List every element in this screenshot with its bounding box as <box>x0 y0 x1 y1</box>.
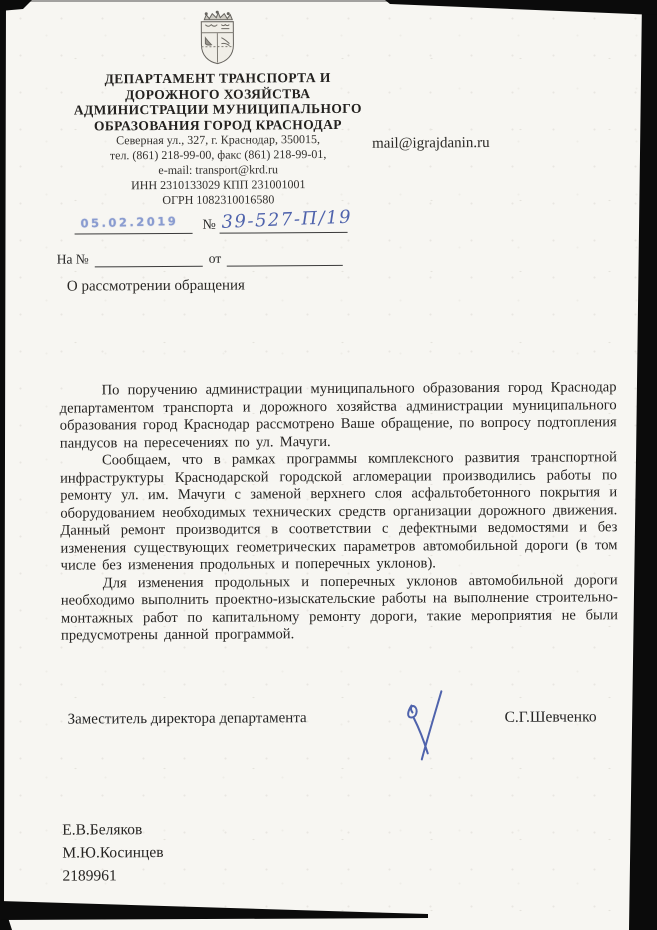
signer-name: С.Г.Шевченко <box>504 708 596 727</box>
scanned-letter-page: ДЕПАРТАМЕНТ ТРАНСПОРТА И ДОРОЖНОГО ХОЗЯЙ… <box>0 0 657 930</box>
executors-block: Е.В.Беляков М.Ю.Косинцев 2189961 <box>62 818 164 888</box>
coat-of-arms-icon <box>194 11 240 67</box>
signer-position-title: Заместитель директора департамента <box>68 710 307 728</box>
reply-date-blank <box>227 251 343 267</box>
executor-name: Е.В.Беляков <box>62 818 163 842</box>
body-paragraph: Для изменения продольных и поперечных ук… <box>61 572 618 645</box>
letter-content: ДЕПАРТАМЕНТ ТРАНСПОРТА И ДОРОЖНОГО ХОЗЯЙ… <box>0 0 657 930</box>
letter-body: По поручению администрации муниципальног… <box>59 379 618 645</box>
recipient-email: mail@igrajdanin.ru <box>372 135 490 153</box>
number-blank-line: 39-527-П/19 <box>220 217 348 234</box>
date-stamp: 05.02.2019 <box>80 214 178 230</box>
executor-phone: 2189961 <box>62 864 163 888</box>
body-paragraph: Сообщаем, что в рамках программы комплек… <box>60 449 618 575</box>
number-sign: № <box>202 218 215 233</box>
org-name-line: ОБРАЗОВАНИЯ ГОРОД КРАСНОДАР <box>56 116 380 134</box>
date-number-row: 05.02.2019 № 39-527-П/19 <box>56 216 380 235</box>
body-paragraph: По поручению администрации муниципальног… <box>59 379 616 452</box>
handwritten-signature-icon <box>397 687 457 767</box>
date-blank-line: 05.02.2019 <box>74 218 192 235</box>
subject-line: О рассмотрении обращения <box>67 278 245 296</box>
org-name-line: АДМИНИСТРАЦИИ МУНИЦИПАЛЬНОГО <box>56 101 380 119</box>
letterhead: ДЕПАРТАМЕНТ ТРАНСПОРТА И ДОРОЖНОГО ХОЗЯЙ… <box>55 10 381 268</box>
reply-number-blank <box>95 252 203 268</box>
reply-date-label: от <box>209 251 222 266</box>
executor-name: М.Ю.Косинцев <box>62 841 163 865</box>
reply-number-label: На № <box>57 252 89 267</box>
reply-reference-row: На №от <box>57 250 381 268</box>
handwritten-number: 39-527-П/19 <box>221 207 352 233</box>
